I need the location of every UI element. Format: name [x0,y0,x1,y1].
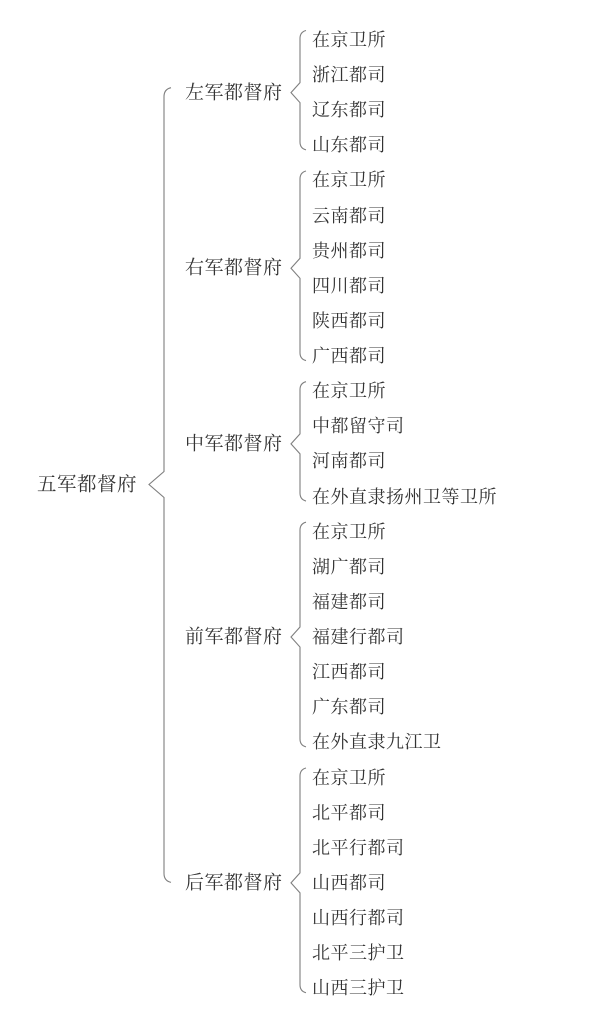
child-item: 中都留守司 [312,417,405,435]
child-item: 北平三护卫 [312,944,405,962]
child-item: 广西都司 [312,347,386,365]
branch-label: 右军都督府 [185,259,283,278]
root-brace [149,88,171,883]
child-item: 山西三护卫 [312,979,405,997]
branch-brace [291,768,306,993]
child-item: 在京卫所 [312,769,386,787]
child-item: 福建行都司 [312,628,405,646]
child-item: 广东都司 [312,698,386,716]
child-item: 在京卫所 [312,382,386,400]
child-item: 江西都司 [312,663,386,681]
child-item: 湖广都司 [312,558,386,576]
child-item: 在京卫所 [312,523,386,541]
military-commissions-tree-diagram: 五军都督府 在京卫所浙江都司辽东都司山东都司左军都督府在京卫所云南都司贵州都司四… [0,0,600,1021]
child-item: 在外直隶九江卫 [312,733,442,751]
child-item: 辽东都司 [312,101,386,119]
brace-lines [0,0,600,1021]
root-label: 五军都督府 [37,475,137,495]
child-item: 山西行都司 [312,909,405,927]
child-item: 在京卫所 [312,171,386,189]
branch-brace [291,522,306,747]
child-item: 福建都司 [312,593,386,611]
child-item: 浙江都司 [312,66,386,84]
branch-label: 后军都督府 [185,873,283,892]
branch-brace [291,31,306,150]
child-item: 河南都司 [312,452,386,470]
child-item: 云南都司 [312,207,386,225]
child-item: 贵州都司 [312,242,386,260]
child-item: 四川都司 [312,277,386,295]
branch-brace [291,171,306,361]
branch-label: 左军都督府 [185,83,283,102]
child-item: 在京卫所 [312,31,386,49]
child-item: 在外直隶扬州卫等卫所 [312,488,497,506]
child-item: 北平行都司 [312,839,405,857]
child-item: 山西都司 [312,874,386,892]
branch-label: 前军都督府 [185,628,283,647]
child-item: 北平都司 [312,804,386,822]
branch-brace [291,382,306,501]
child-item: 山东都司 [312,136,386,154]
branch-label: 中军都督府 [185,434,283,453]
child-item: 陕西都司 [312,312,386,330]
